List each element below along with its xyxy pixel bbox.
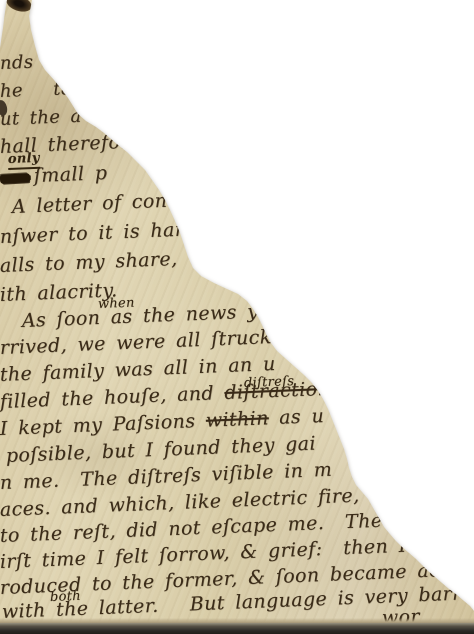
line-text: I kept my Paſsions — [0, 410, 206, 440]
inserted-word: diſtreſs — [244, 374, 295, 391]
manuscript-line: nds — [0, 51, 34, 75]
manuscript-line: nſwer to it is har — [0, 219, 185, 249]
line-text: filled the houſe, and — [0, 382, 225, 413]
ink-smudge-top-edge — [4, 0, 33, 15]
table-edge-band — [0, 623, 474, 634]
manuscript-line: he ta — [0, 77, 72, 103]
inserted-word: when — [98, 296, 135, 312]
manuscript-line: A letter of condo — [11, 189, 192, 219]
struck-word: within — [205, 407, 269, 432]
scanned-manuscript-view: nds he ta ut the a hall therefor ſmall p… — [0, 0, 474, 634]
manuscript-line: ut the a — [0, 105, 82, 131]
manuscript-line: alls to my share, w — [0, 247, 205, 278]
manuscript-line: ſmall p — [33, 162, 107, 188]
torn-paper-fragment: nds he ta ut the a hall therefor ſmall p… — [0, 0, 474, 634]
inserted-word: both — [50, 589, 82, 605]
line-text: as u — [268, 405, 324, 429]
paper-shadow: nds he ta ut the a hall therefor ſmall p… — [0, 0, 474, 634]
inserted-word: only — [8, 151, 41, 170]
crossed-out-word-scribble — [0, 173, 30, 184]
